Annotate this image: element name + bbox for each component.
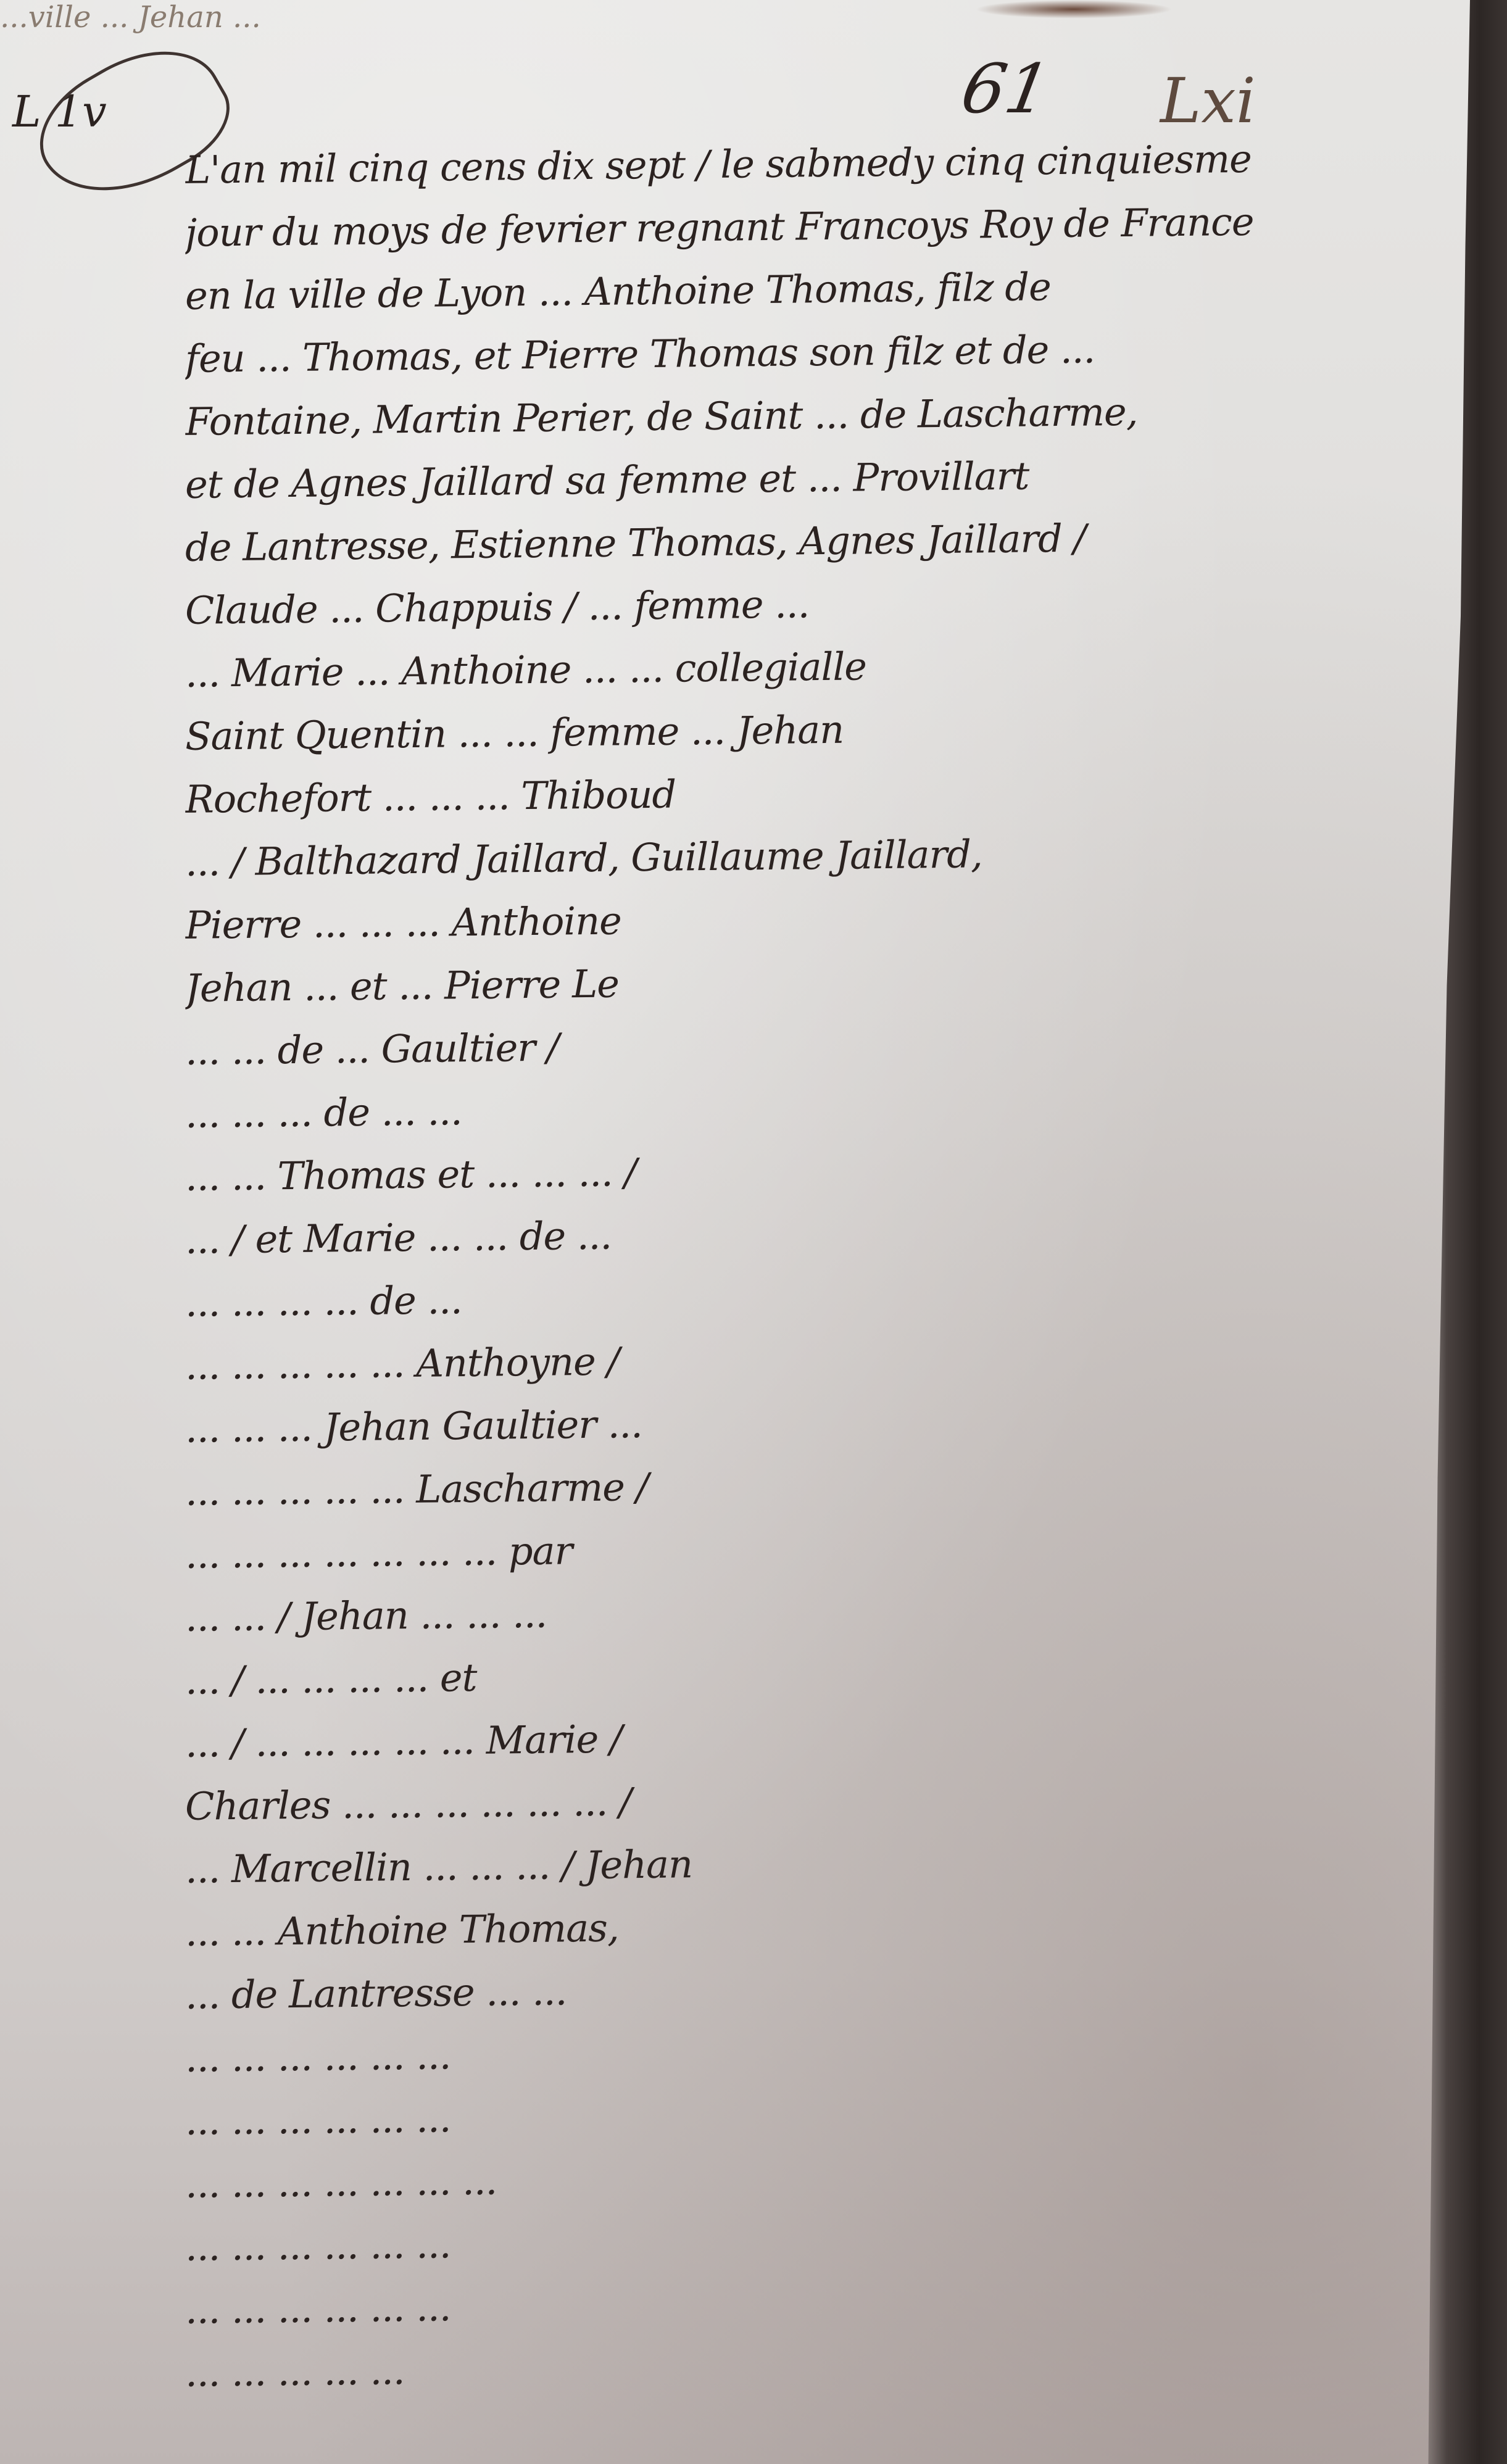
- text-line: ... Marcellin ... ... ... / Jehan: [185, 1826, 1346, 1901]
- text-line: ... ... Anthoine Thomas,: [185, 1889, 1346, 1964]
- text-line: ... ... ... ... ... ...: [185, 2078, 1346, 2153]
- text-line: ... de Lantresse ... ...: [185, 1952, 1346, 2027]
- text-line: Pierre ... ... ... Anthoine: [185, 882, 1346, 957]
- text-line: ... ... ... ... ... ...: [185, 2204, 1346, 2279]
- text-line: ... ... ... ... ... Lascharme /: [185, 1448, 1346, 1524]
- text-line: ... ... ... ... ... ...: [185, 2267, 1346, 2342]
- page-number: 61: [956, 49, 1057, 128]
- text-line: Claude ... Chappuis / ... femme ...: [185, 567, 1346, 642]
- text-line: de Lantresse, Estienne Thomas, Agnes Jai…: [185, 504, 1346, 579]
- text-line: ... ... ... ... ... Anthoyne /: [185, 1322, 1346, 1398]
- text-line: Saint Quentin ... ... femme ... Jehan: [185, 693, 1346, 768]
- text-line: ... ... Thomas et ... ... ... /: [185, 1134, 1346, 1209]
- manuscript-page: ...ville ... Jehan ... L 1v 61 Lxi L'an …: [0, 0, 1481, 2464]
- text-line: L'an mil cinq cens dix sept / le sabmedy…: [185, 127, 1346, 202]
- text-line: ... ... ... ... ... ... ... par: [185, 1511, 1346, 1587]
- text-line: Jehan ... et ... Pierre Le: [185, 945, 1346, 1020]
- text-line: ... ... ... ... ...: [185, 2329, 1346, 2405]
- text-line: feu ... Thomas, et Pierre Thomas son fil…: [185, 315, 1346, 391]
- text-line: ... / et Marie ... ... de ...: [185, 1197, 1346, 1272]
- text-line: ... Marie ... Anthoine ... ... collegial…: [185, 630, 1346, 705]
- text-line: ... ... ... ... ... ...: [185, 2015, 1346, 2090]
- text-line: ... / ... ... ... ... et: [185, 1637, 1346, 1712]
- folio-number: Lxi: [1160, 65, 1256, 137]
- text-line: ... ... ... ... de ...: [185, 1259, 1346, 1335]
- text-line: ... ... de ... Gaultier /: [185, 1008, 1346, 1083]
- text-line: en la ville de Lyon ... Anthoine Thomas,…: [185, 252, 1346, 328]
- text-line: ... ... ... Jehan Gaultier ...: [185, 1385, 1346, 1461]
- text-line: jour du moys de fevrier regnant Francoys…: [185, 189, 1346, 265]
- text-line: ... ... ... de ... ...: [185, 1071, 1346, 1146]
- ink-stain: [975, 0, 1173, 19]
- text-line: ... / ... ... ... ... ... Marie /: [185, 1700, 1346, 1775]
- top-margin-note: ...ville ... Jehan ...: [0, 0, 261, 35]
- text-line: Charles ... ... ... ... ... ... /: [185, 1763, 1346, 1838]
- text-line: Fontaine, Martin Perier, de Saint ... de…: [185, 378, 1346, 454]
- manuscript-body: L'an mil cinq cens dix sept / le sabmedy…: [185, 133, 1345, 2399]
- text-line: ... / Balthazard Jaillard, Guillaume Jai…: [185, 819, 1346, 894]
- text-line: et de Agnes Jaillard sa femme et ... Pro…: [185, 441, 1346, 516]
- text-line: ... ... / Jehan ... ... ...: [185, 1574, 1346, 1649]
- text-line: Rochefort ... ... ... Thiboud: [185, 756, 1346, 831]
- text-line: ... ... ... ... ... ... ...: [185, 2141, 1346, 2216]
